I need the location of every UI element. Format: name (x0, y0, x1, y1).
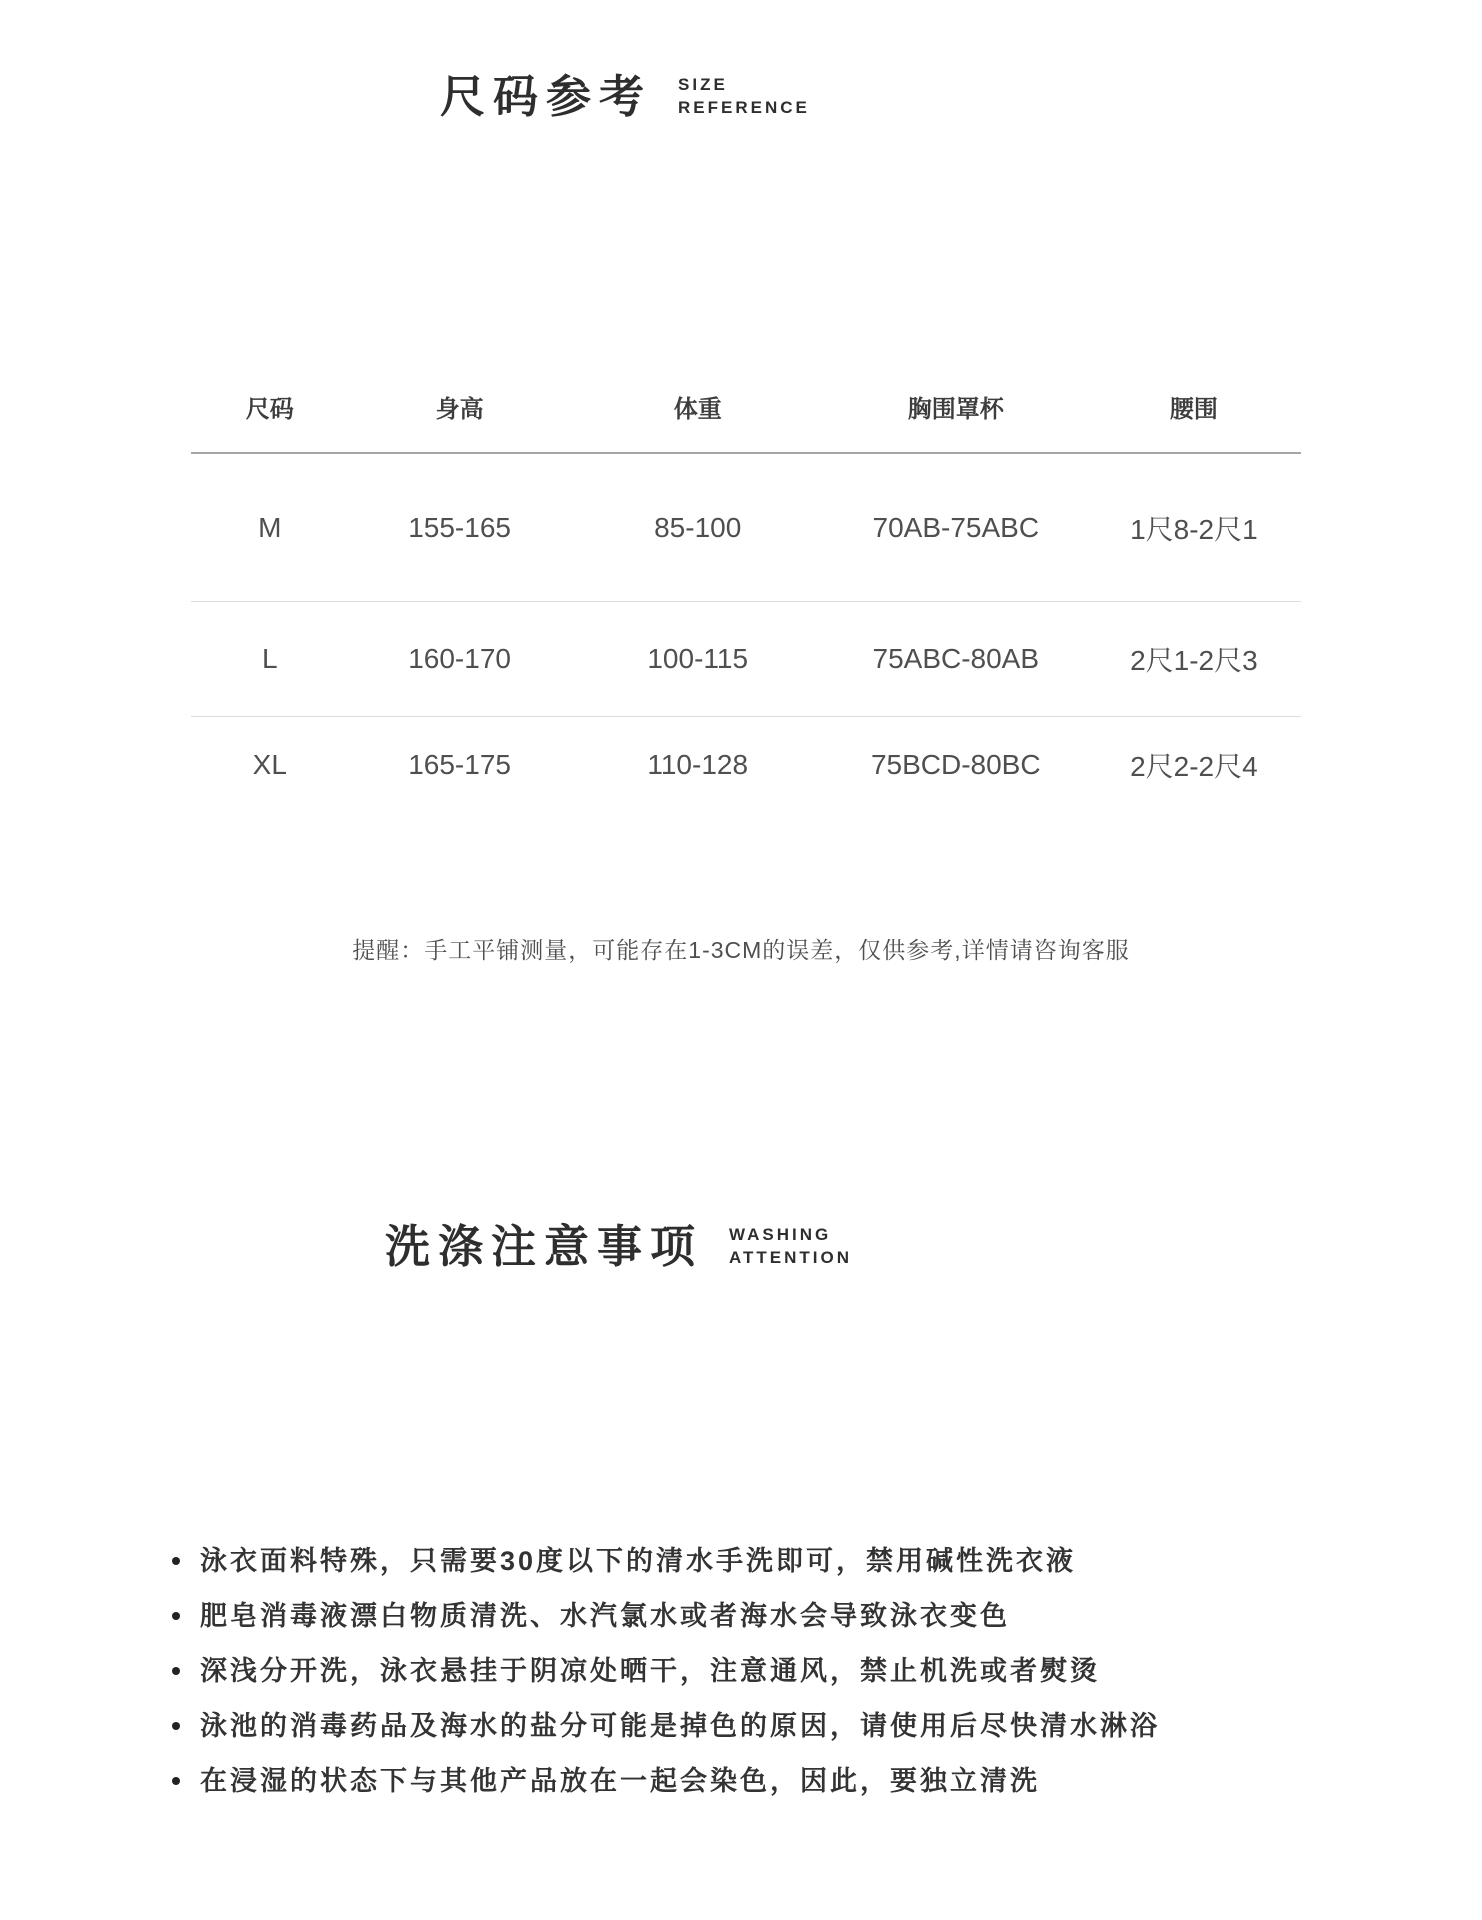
product-detail-page: 尺码参考 SIZE REFERENCE 尺码 身高 体重 胸围罩杯 腰围 M 1… (0, 0, 1482, 1920)
cell-waist: 2尺2-2尺4 (1087, 717, 1301, 813)
header-size: 尺码 (191, 360, 349, 453)
size-title-english-line1: SIZE (678, 74, 810, 97)
cell-weight: 100-115 (571, 602, 825, 717)
cell-size: XL (191, 717, 349, 813)
list-item: 泳池的消毒药品及海水的盐分可能是掉色的原因，请使用后尽快清水淋浴 (172, 1710, 1160, 1742)
size-title-chinese: 尺码参考 (440, 72, 652, 122)
size-table-row-l: L 160-170 100-115 75ABC-80AB 2尺1-2尺3 (191, 602, 1301, 717)
washing-instruction-text: 泳池的消毒药品及海水的盐分可能是掉色的原因，请使用后尽快清水淋浴 (200, 1710, 1160, 1742)
cell-weight: 85-100 (571, 453, 825, 602)
header-weight: 体重 (571, 360, 825, 453)
washing-title-english-line1: WASHING (729, 1224, 852, 1247)
cell-bust-cup: 75BCD-80BC (825, 717, 1087, 813)
washing-instruction-text: 深浅分开洗，泳衣悬挂于阴凉处晒干，注意通风，禁止机洗或者熨烫 (200, 1655, 1100, 1687)
cell-waist: 2尺1-2尺3 (1087, 602, 1301, 717)
bullet-dot-icon (172, 1722, 180, 1730)
washing-title-english-line2: ATTENTION (729, 1247, 852, 1270)
size-table: 尺码 身高 体重 胸围罩杯 腰围 M 155-165 85-100 70AB-7… (191, 360, 1301, 812)
washing-attention-title: 洗涤注意事项 WASHING ATTENTION (385, 1222, 852, 1272)
size-table-header-row: 尺码 身高 体重 胸围罩杯 腰围 (191, 360, 1301, 453)
size-title-english-line2: REFERENCE (678, 97, 810, 120)
header-height: 身高 (349, 360, 571, 453)
bullet-dot-icon (172, 1557, 180, 1565)
cell-bust-cup: 75ABC-80AB (825, 602, 1087, 717)
header-waist: 腰围 (1087, 360, 1301, 453)
measurement-note: 提醒：手工平铺测量，可能存在1-3CM的误差，仅供参考,详情请咨询客服 (0, 932, 1482, 965)
size-table-row-m: M 155-165 85-100 70AB-75ABC 1尺8-2尺1 (191, 453, 1301, 602)
bullet-dot-icon (172, 1777, 180, 1785)
bullet-dot-icon (172, 1612, 180, 1620)
size-reference-title: 尺码参考 SIZE REFERENCE (440, 72, 810, 122)
washing-instruction-text: 肥皂消毒液漂白物质清洗、水汽氯水或者海水会导致泳衣变色 (200, 1600, 1010, 1632)
list-item: 肥皂消毒液漂白物质清洗、水汽氯水或者海水会导致泳衣变色 (172, 1600, 1160, 1632)
washing-title-english: WASHING ATTENTION (729, 1224, 852, 1270)
size-table-row-xl: XL 165-175 110-128 75BCD-80BC 2尺2-2尺4 (191, 717, 1301, 813)
cell-weight: 110-128 (571, 717, 825, 813)
bullet-dot-icon (172, 1667, 180, 1675)
cell-height: 165-175 (349, 717, 571, 813)
list-item: 深浅分开洗，泳衣悬挂于阴凉处晒干，注意通风，禁止机洗或者熨烫 (172, 1655, 1160, 1687)
header-bust-cup: 胸围罩杯 (825, 360, 1087, 453)
cell-height: 155-165 (349, 453, 571, 602)
washing-instruction-text: 在浸湿的状态下与其他产品放在一起会染色，因此，要独立清洗 (200, 1765, 1040, 1797)
list-item: 在浸湿的状态下与其他产品放在一起会染色，因此，要独立清洗 (172, 1765, 1160, 1797)
cell-size: L (191, 602, 349, 717)
size-title-english: SIZE REFERENCE (678, 74, 810, 120)
washing-instruction-list: 泳衣面料特殊，只需要30度以下的清水手洗即可，禁用碱性洗衣液 肥皂消毒液漂白物质… (172, 1545, 1160, 1820)
washing-instruction-text: 泳衣面料特殊，只需要30度以下的清水手洗即可，禁用碱性洗衣液 (200, 1545, 1076, 1577)
cell-waist: 1尺8-2尺1 (1087, 453, 1301, 602)
cell-bust-cup: 70AB-75ABC (825, 453, 1087, 602)
washing-title-chinese: 洗涤注意事项 (385, 1222, 703, 1272)
cell-height: 160-170 (349, 602, 571, 717)
list-item: 泳衣面料特殊，只需要30度以下的清水手洗即可，禁用碱性洗衣液 (172, 1545, 1160, 1577)
cell-size: M (191, 453, 349, 602)
